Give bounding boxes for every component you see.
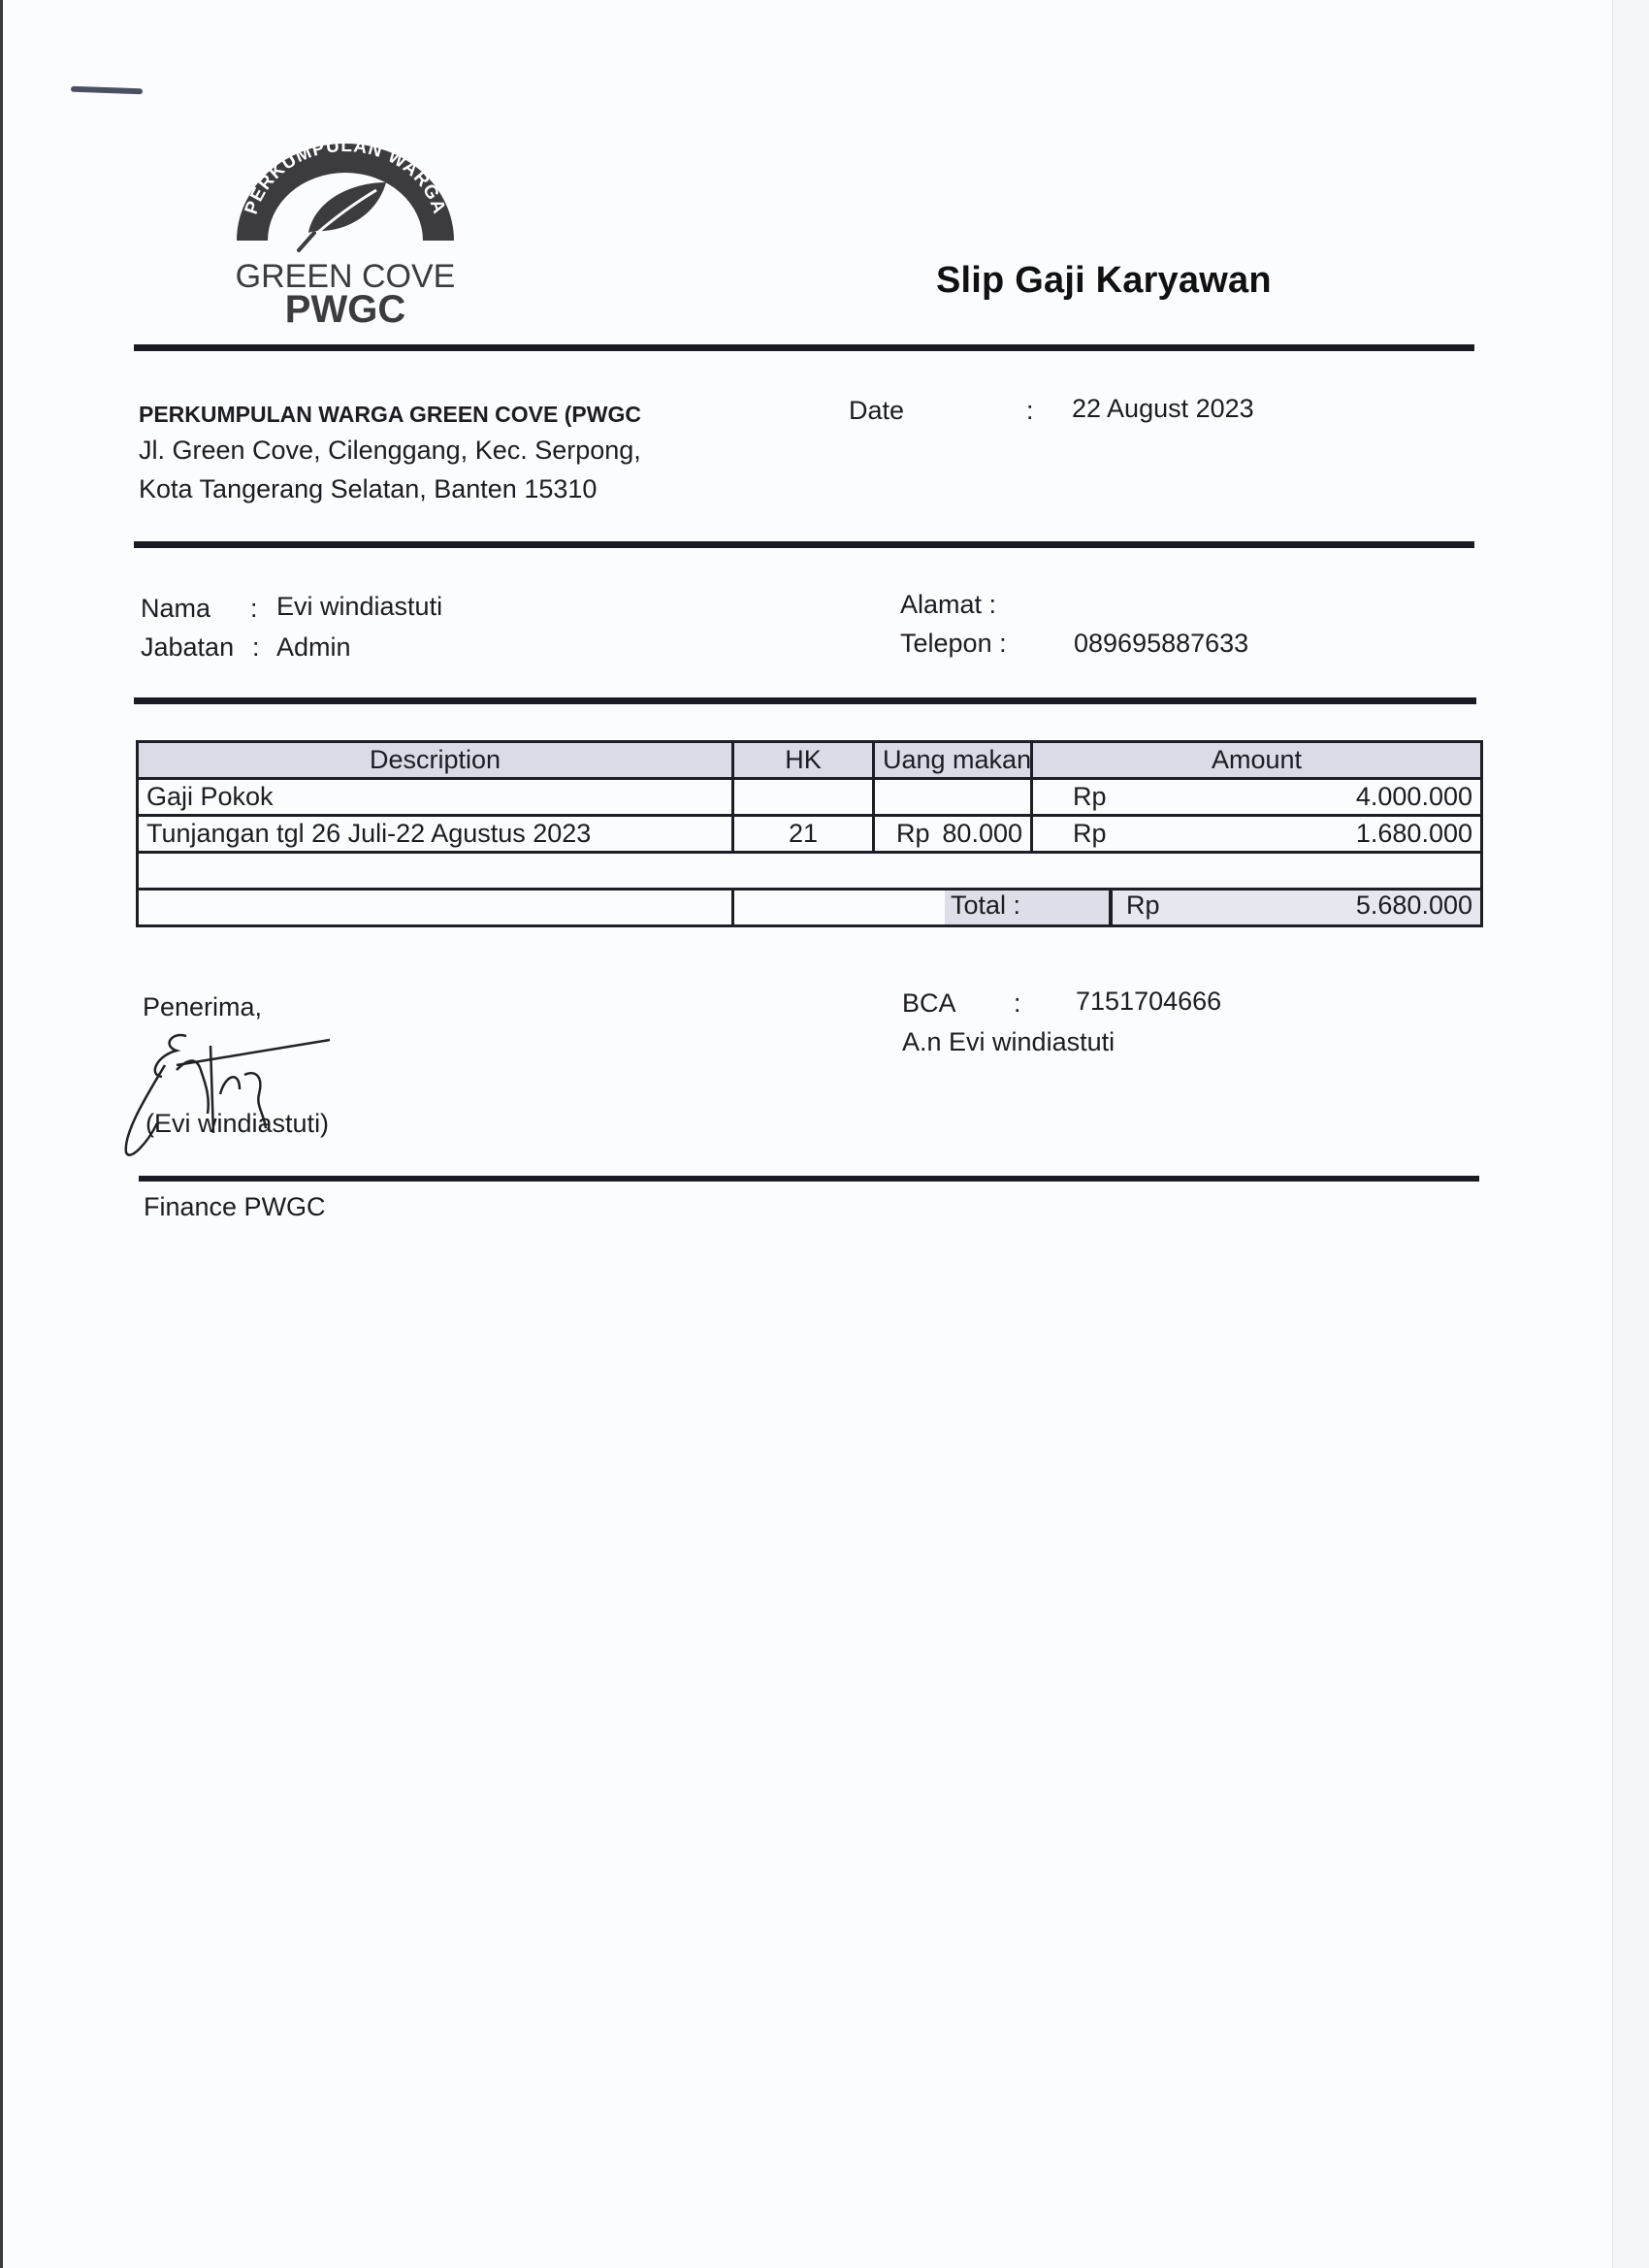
table-row-empty: [138, 853, 1482, 890]
total-amount: 5.680.000: [1356, 891, 1472, 924]
logo-graphic: PERKUMPULAN WARGA GREEN COVE PWGC: [233, 144, 458, 328]
table-row: Tunjangan tgl 26 Juli-22 Agustus 2023 21…: [138, 816, 1482, 853]
organization-address-line2: Kota Tangerang Selatan, Banten 15310: [139, 470, 597, 508]
table-header-row: Description HK Uang makan Amount: [138, 742, 1482, 779]
divider-rule: [139, 1176, 1479, 1182]
salary-table: Description HK Uang makan Amount Gaji Po…: [136, 740, 1483, 927]
cell-amount: Rp1.680.000: [1032, 816, 1482, 853]
nama-colon: :: [250, 589, 258, 628]
table-total-row: Total : Rp 5.680.000: [138, 890, 1482, 926]
receiver-name: (Evi windiastuti): [145, 1104, 329, 1143]
scan-artifact-mark: [71, 86, 143, 95]
divider-rule: [134, 344, 1474, 351]
date-label: Date: [849, 391, 904, 430]
total-cell: Total : Rp 5.680.000: [733, 890, 1482, 926]
jabatan-label: Jabatan: [141, 628, 234, 666]
header-uang-makan: Uang makan: [874, 742, 1032, 779]
cell-hk: [733, 779, 874, 816]
total-spacer: [734, 891, 945, 924]
uang-makan-currency: Rp: [883, 819, 930, 849]
scan-right-edge: [1612, 0, 1649, 2268]
uang-makan-value: 80.000: [942, 819, 1022, 849]
pwgc-logo: PERKUMPULAN WARGA GREEN COVE PWGC: [233, 144, 458, 328]
nama-value: Evi windiastuti: [276, 587, 442, 626]
amount-value: 4.000.000: [1257, 782, 1472, 812]
cell-description: Gaji Pokok: [138, 779, 733, 816]
cell-uang-makan: [874, 779, 1032, 816]
nama-label: Nama: [141, 589, 210, 628]
bank-account-name: A.n Evi windiastuti: [902, 1022, 1115, 1061]
organization-address-line1: Jl. Green Cove, Cilenggang, Kec. Serpong…: [139, 431, 641, 470]
table-row: Gaji Pokok Rp4.000.000: [138, 779, 1482, 816]
total-label: Total :: [945, 891, 1113, 924]
leaf-icon: [299, 182, 386, 250]
total-currency: Rp: [1126, 891, 1160, 924]
header-amount: Amount: [1032, 742, 1482, 779]
divider-rule: [134, 541, 1474, 548]
cell-description: Tunjangan tgl 26 Juli-22 Agustus 2023: [138, 816, 733, 853]
total-amount-box: Rp 5.680.000: [1113, 891, 1480, 924]
cell-empty: [138, 890, 733, 926]
date-colon: :: [1026, 391, 1034, 430]
document-title: Slip Gaji Karyawan: [936, 260, 1272, 302]
cell-hk: 21: [733, 816, 874, 853]
amount-value: 1.680.000: [1257, 819, 1472, 849]
header-description: Description: [138, 742, 733, 779]
telepon-label: Telepon :: [900, 624, 1007, 663]
amount-currency: Rp: [1073, 819, 1257, 849]
telepon-value: 089695887633: [1074, 624, 1248, 663]
cell-empty: [138, 853, 1482, 890]
divider-rule: [134, 697, 1476, 704]
date-value: 22 August 2023: [1072, 389, 1254, 428]
bank-label: BCA: [902, 984, 956, 1022]
cell-uang-makan: Rp80.000: [874, 816, 1032, 853]
logo-line2: PWGC: [285, 288, 405, 328]
amount-currency: Rp: [1073, 782, 1257, 812]
cell-amount: Rp4.000.000: [1032, 779, 1482, 816]
footer-finance-label: Finance PWGC: [144, 1187, 326, 1226]
jabatan-value: Admin: [276, 628, 351, 666]
scan-left-edge: [0, 0, 3, 2268]
bank-colon: :: [1014, 984, 1021, 1022]
alamat-label: Alamat :: [900, 585, 996, 624]
organization-name: PERKUMPULAN WARGA GREEN COVE (PWGC: [139, 395, 641, 434]
bank-account-number: 7151704666: [1076, 982, 1221, 1021]
jabatan-colon: :: [252, 628, 260, 666]
header-hk: HK: [733, 742, 874, 779]
